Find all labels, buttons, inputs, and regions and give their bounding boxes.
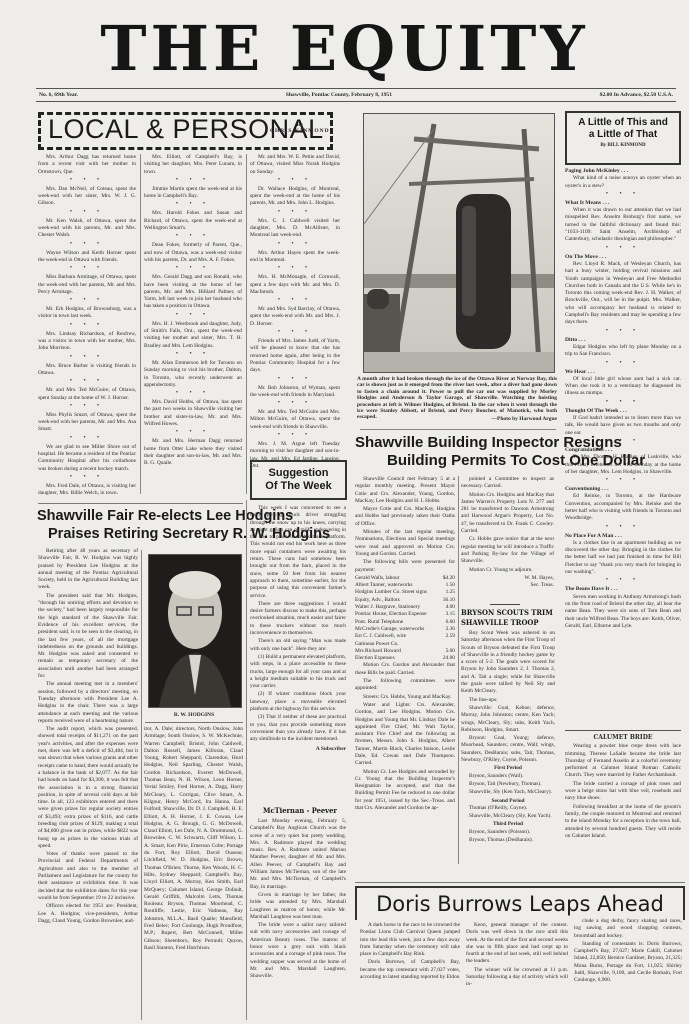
news-item: Jimmie Martin spent the week-end at his … [144,186,242,201]
item-text: What kind of a noise annoys an oyster wh… [565,175,681,190]
item-text: Edgar Hodgins who left by plane Monday o… [565,344,681,359]
secretary-title: Sec. Treas. [461,582,554,589]
minutes-paragraph: Streets: Crs. Hobbs, Young and MacKay. [355,694,455,701]
news-item: Mr. Bob Johnston, of Wyman, spent the we… [250,385,340,400]
column-rule [140,154,141,494]
item-text: To Mrs. Thomas H. Bradley, of Luskville,… [565,454,681,476]
news-item: Wayne Wilson and Keith Horner spent the … [38,250,136,265]
news-item: Mrs. Harold Fokes and Susan and Richard,… [144,210,242,232]
news-item: The audit report, which was presented, s… [38,726,138,850]
separator-dots: • • • [565,577,681,583]
column-rule [141,550,142,1020]
scouts-article: Boy Scout Week was ushered in on Saturda… [461,630,555,845]
separator-dots: • • • [144,201,242,207]
rule [355,882,685,883]
minutes-paragraph: Mayor Cotie and Crs. MacKay, Hodgins and… [355,506,455,528]
dateline: No. 6, 69th Year. Shawville, Pontiac Cou… [36,88,676,102]
goal-line: Thomas (O'Reilly, Coyne). [461,805,555,812]
secretary-name: W. M. Hayes, [461,575,554,582]
column-rule [458,476,459,864]
news-item: Mr. and Mrs. Herman Dagg returned home f… [144,438,242,467]
separator-dots: • • • [38,177,136,183]
calumet-bride-article: CALUMET BRIDEWearing a powder blue crepe… [565,730,681,841]
bill-amount: 1.25 [446,589,455,596]
inspector-column-2: pointed a Committee to inspect as necess… [461,476,554,589]
news-item: Retiring after 48 years as secretary of … [38,548,138,592]
separator-dots: • • • [144,233,242,239]
item-heading: We Hear . . . [565,369,681,376]
separator-dots: • • • [144,265,242,271]
item-text: Of local little girl whose aunt had a si… [565,376,681,398]
portrait-label: R. W. HODGINS [148,712,240,718]
separator-dots: • • • [38,474,136,480]
suggestion-article: This week I was concerned to see a dairy… [250,505,346,753]
item-heading: No Place For A Man . . . [565,533,681,540]
news-item: Mr. and Mrs. Ted McGuire, of Ottawa, spe… [38,387,136,402]
bill-amount: 2.36 [446,626,455,633]
separator-dots: • • • [565,245,681,251]
calumet-bride-heading: CALUMET BRIDE [565,730,681,741]
little-of-this-header: A Little of This and a Little of That By… [565,111,681,165]
scouts-paragraph: The line-ups: [461,697,555,704]
separator-dots: • • • [250,241,340,247]
news-item: Mrs. Fred Dale, of Ottawa, is visiting h… [38,483,136,498]
fair-column-1: Retiring after 48 years as secretary of … [38,548,138,926]
item-heading: The Beans Have It . . . [565,586,681,593]
separator-dots: • • • [38,322,136,328]
separator-dots: • • • [565,360,681,366]
news-item: Dean Fokes, formerly of Parent, Que., an… [144,242,242,264]
period-heading: Third Period [461,821,555,828]
minutes-paragraph: Water and Lights: Crs. Alexander, Gordon… [355,702,455,768]
minutes-paragraph: Motion Crs. Gordon and Alexander that th… [355,662,455,677]
bill-row: Albert Tanner, waterworks1.50 [355,582,455,589]
separator-dots: • • • [565,477,681,483]
news-item: Last Monday evening, February 5, Campbel… [250,818,346,891]
bill-amount: 6.60 [446,619,455,626]
news-item: The annual meeting met in a members' ses… [38,681,138,725]
bill-amount: 5.00 [446,648,455,655]
minutes-paragraph: The following bills were presented for p… [355,559,455,574]
news-item: Mrs. Arthur Hayes spent the week-end in … [250,250,340,265]
separator-dots: • • • [38,241,136,247]
little-of-this-column: Paging John McKinley . . .What kind of a… [565,168,681,631]
doris-column-3: clude a dog derby, fancy skating and rac… [574,918,682,986]
news-item: Mrs. Lindsay Richardson, of Renfrew, was… [38,331,136,353]
photo-caption: A month after it had broken through the … [357,376,557,421]
separator-dots: • • • [250,265,340,271]
news-item: Standing of contestants is: Doris Burrow… [574,941,682,985]
inspector-column-1: Shawville Council met February 5 at a re… [355,476,455,813]
news-item: We are glad to see Miller Shore out of h… [38,444,136,473]
minutes-paragraph: Shawville Council met February 5 at a re… [355,476,455,505]
separator-dots: • • • [565,191,681,197]
doris-header: Doris Burrows Leaps Ahead [355,886,685,920]
bill-row: Gerald Walls, labour$4.20 [355,575,455,582]
car-hoist-illustration [364,114,554,372]
separator-dots: • • • [38,378,136,384]
item-heading: Conventioning . . . [565,486,681,493]
separator-dots: • • • [565,438,681,444]
bill-amount: 1.50 [446,582,455,589]
bill-item: McCredie's Garage, waterworks [355,626,424,633]
goal-line: Bryson, Thomas (DesBarais). [461,837,555,844]
separator-dots: • • • [144,351,242,357]
news-item: The bride wore a sailor navy tailored su… [250,922,346,980]
separator-dots: • • • [565,328,681,334]
separator-dots: • • • [144,312,242,318]
news-item: Keon, general manager of the contest. Do… [466,922,568,966]
local-personal-column-1: Mrs. Arthur Dagg has returned home from … [38,154,136,499]
news-item: (3) That if neither of these are practic… [250,714,346,743]
news-item: Dr. Wallace Hodgins, of Montreal, spent … [250,186,340,208]
item-text: Seven men working in Anthony Armstrong's… [565,594,681,630]
bill-row: Equity, Adv., Ballots36.10 [355,597,455,604]
bill-row: Election Expenses24.00 [355,655,455,662]
masthead: THE EQUITY [0,0,689,85]
news-item: Mrs. H. McMonagle, of Cornwall, spent a … [250,274,340,296]
separator-dots: • • • [38,297,136,303]
photo-credit: —Photo by Harwood Argue [460,416,557,422]
rw-hodgins-portrait [148,554,242,708]
separator-dots: • • • [250,297,340,303]
goal-line: Shawville, Sly (Ken Yach, McCleary). [461,789,555,796]
news-item: There are three suggestions I would desi… [250,601,346,637]
doris-column-1: A dark horse in the race to be crowned t… [360,922,460,982]
news-item: Mr. and Mrs. Ted McGuire and Mrs. Milton… [250,409,340,431]
bill-item: Election Expenses [355,655,395,662]
signature: A Subscriber [250,746,346,753]
item-heading: What It Means . . . [565,200,681,207]
bill-row: Mrs Richard Howard5.00 [355,648,455,655]
bill-amount: 4.00 [446,604,455,611]
news-item: (2) If winter conditions block your lane… [250,691,346,713]
news-item: A dark horse in the race to be crowned t… [360,922,460,958]
separator-dots: • • • [38,209,136,215]
doris-column-2: Keon, general manager of the contest. Do… [466,922,568,990]
separator-dots: • • • [38,265,136,271]
news-item: Mrs. H. J. Westbrook and daughter, Judy,… [144,321,242,350]
rule [38,503,243,504]
news-item: Mr. Allan Emmerson left for Toronto on S… [144,360,242,389]
portrait-illustration [149,555,241,707]
news-item: Mrs. Elliott, of Campbell's Bay, is visi… [144,154,242,176]
bill-item: Gerald Walls, labour [355,575,400,582]
doris-headline: Doris Burrows Leaps Ahead [357,888,683,920]
news-item: (1) Build a permanent elevated platform,… [250,654,346,690]
minutes-paragraph: pointed a Committee to inspect as necess… [461,476,554,491]
bill-item: Equity, Adv., Ballots [355,597,400,604]
minutes-paragraph: Cr. Hobbs gave notice that at the next r… [461,536,554,565]
scouts-paragraph: Boy Scout Week was ushered in on Saturda… [461,630,555,696]
bill-item: Mrs Richard Howard [355,648,401,655]
news-item: clude a dog derby, fancy skating and rac… [574,918,682,940]
bill-item: Pont. Rural Telephone [355,619,403,626]
period-heading: First Period [461,765,555,772]
calumet-paragraph: Wearing a powder blue crepe dress with l… [565,743,681,779]
minutes-paragraph: Minutes of the last regular meeting, Nom… [355,529,455,558]
bill-row: Pont. Rural Telephone6.60 [355,619,455,626]
news-item: Given in marriage by her father, the bri… [250,892,346,921]
goal-line: Bryson, Saunders (Poisson). [461,829,555,836]
minutes-paragraph: Motion Cr. Lee Hodgins and seconded by C… [355,769,455,813]
bill-amount: 36.10 [443,597,455,604]
item-heading: On The Move . . . [565,254,681,261]
news-item: The president said that Mr. Hodgins, "th… [38,593,138,681]
local-personal-column-2: Mrs. Elliott, of Campbell's Bay, is visi… [144,154,242,469]
bill-row: McCredie's Garage, waterworks2.36 [355,626,455,633]
item-text: Is a clothes line in an apartment buildi… [565,540,681,576]
goal-line: Bryson, Saunders (Wall). [461,773,555,780]
minutes-paragraph: The following committees were appointed: [355,678,455,693]
bill-item: Hodgins Lumber Co. Street signs [355,589,427,596]
bill-row: Pontiac House, Election Expense3.15 [355,611,455,618]
news-item: Mrs. Dan McNeil, of Coteau, spent the we… [38,186,136,208]
bill-row: Gatineau Power Co. [355,641,455,648]
minutes-paragraph: Motion Cr. Young to adjourn. [461,567,554,574]
news-item: Mrs. David Hobbs, of Ottawa, has spent t… [144,399,242,428]
bill-item: Albert Tanner, waterworks [355,582,413,589]
news-item: Mrs. Bruce Barber is visiting friends in… [38,363,136,378]
separator-dots: • • • [250,432,340,438]
separator-dots: • • • [250,376,340,382]
bill-amount: $4.20 [443,575,455,582]
item-text: Ed Reinke, in Toronto, at the Hardware C… [565,493,681,522]
goal-line: Shawville, McCleary (Sly, Ken Yach). [461,813,555,820]
separator-dots: • • • [144,177,242,183]
bill-item: Walter J. Hargrave, Stationery [355,604,420,611]
news-item: Mr. and Mrs. W. E. Pettie and David, of … [250,154,340,176]
separator-dots: • • • [250,209,340,215]
minutes-paragraph: Motion Crs. Hodgins and MacKay that Jame… [461,492,554,536]
rule [490,604,520,605]
news-item: Mrs. Gerald Dagg and son Ronald, who hav… [144,274,242,310]
rule [360,429,556,430]
news-item: Friends of Mrs. James Judd, of Yarm, wil… [250,338,340,374]
news-item: The winner will be crowned at 11 p.m. Sa… [466,967,568,989]
bill-row: Est C. J. Caldwell, wire2.59 [355,633,455,640]
news-item: Miss Barbara Armitage, of Ottawa, spent … [38,274,136,296]
item-text: If God hadn't intended us to listen more… [565,415,681,437]
news-item: Mr. Erk Hodgins, of Brownsburg, was a vi… [38,306,136,321]
separator-dots: • • • [565,524,681,530]
news-item: Doris Burrows, of Campbell's Bay, became… [360,959,460,981]
bill-amount: 3.15 [446,611,455,618]
separator-dots: • • • [38,403,136,409]
period-heading: Second Period [461,798,555,805]
column-rule [246,500,247,1020]
news-item: This week I was concerned to see a dairy… [250,505,346,600]
car-recovery-photo [363,113,555,373]
bill-item: Pontiac House, Election Expense [355,611,427,618]
local-personal-column-3: Mr. and Mrs. W. E. Pettie and David, of … [250,154,340,471]
news-item: Mr. and Mrs. Syd Barclay, of Ottawa, spe… [250,306,340,328]
news-item: Mr. Ken Walsh, of Ottawa, spent the week… [38,218,136,240]
news-item: Mrs. Arthur Dagg has returned home from … [38,154,136,176]
news-item: Miss Phylis Smart, of Ottawa, spent the … [38,412,136,434]
item-heading: Thought Of The Week . . . [565,408,681,415]
calumet-paragraph: The bride carried a corsage of pink rose… [565,781,681,803]
bill-row: Hodgins Lumber Co. Street signs1.25 [355,589,455,596]
column-rule [246,154,247,494]
bill-item: Est C. J. Caldwell, wire [355,633,406,640]
item-text: When it was drawn to our attention that … [565,207,681,243]
newspaper-title: THE EQUITY [0,14,689,84]
bill-amount: 2.59 [446,633,455,640]
separator-dots: • • • [250,400,340,406]
scouts-headline: BRYSON SCOUTS TRIM SHAWVILLE TROOP [461,608,556,627]
separator-dots: • • • [38,354,136,360]
news-item: Votes of thanks were passed to the Provi… [38,851,138,902]
calumet-paragraph: Following breakfast at the home of the g… [565,804,681,840]
rule [145,722,243,723]
wedding-heading: McTiernan - Peever [258,806,342,815]
scouts-paragraph: Shawville: Goal, Kehoe; defence, Murray,… [461,705,555,734]
news-item: There's an old saying "Man was made with… [250,638,346,653]
subscription-price: $2.00 In Advance, $2.50 U.S.A. [600,92,673,98]
bill-item: Gatineau Power Co. [355,641,399,648]
scouts-paragraph: Bryson: Goal, Young; defence, Moorhead, … [461,735,555,764]
bill-amount: 24.00 [443,655,455,662]
item-heading: Ditto . . . [565,337,681,344]
news-item: Officers elected for 1951 are: President… [38,903,138,925]
separator-dots: • • • [250,177,340,183]
separator-dots: • • • [250,329,340,335]
news-item: Mrs. C. J. Caldwell visited her daughter… [250,218,340,240]
place-date: Shawville, Pontiac County, February 8, 1… [286,92,392,98]
separator-dots: • • • [38,435,136,441]
issue-number: No. 6, 69th Year. [39,92,78,98]
local-personal-byline: By CHRIS KINMOND [270,122,330,134]
fair-column-2: itor, A. Dale; directors, North Onslow, … [144,726,243,953]
goal-line: Bryson, Tait (Newbury, Thomas). [461,781,555,788]
bill-row: Walter J. Hargrave, Stationery4.00 [355,604,455,611]
separator-dots: • • • [144,429,242,435]
wedding-article: Last Monday evening, February 5, Campbel… [250,818,346,982]
suggestion-header: Suggestion Of The Week [250,460,347,500]
item-text: Rev. Lloyd R. Mack, of Wesleyan Church, … [565,261,681,327]
separator-dots: • • • [144,390,242,396]
separator-dots: • • • [565,399,681,405]
